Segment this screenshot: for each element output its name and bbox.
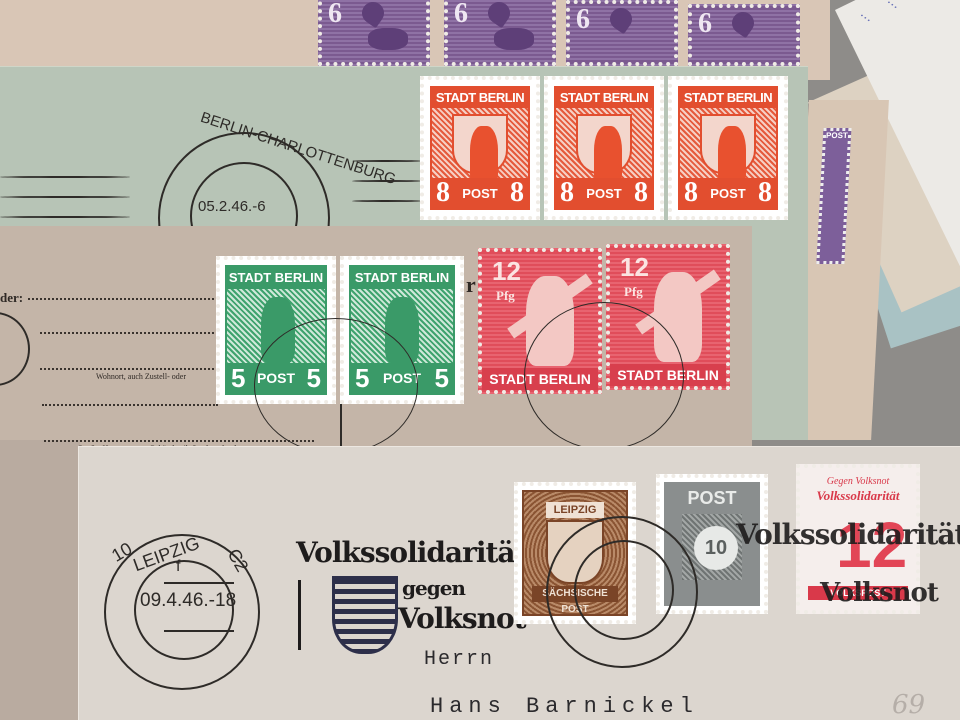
berlin-postmark [524,302,684,450]
address-name: Hans Barnickel [430,694,699,719]
slogan-line-3: Volksnot [398,602,526,635]
stamp-line-1: Gegen Volksnot [800,476,916,487]
stamp-value: 10 [694,526,738,570]
cancel-wave [352,200,422,202]
stamp-value: 5 [231,363,245,394]
stadt-berlin-8-stamp: STADT BERLIN8POST8 [668,76,788,220]
postmark-bar [164,630,234,632]
stamp-header: STADT BERLIN [680,88,776,108]
form-line [28,298,218,300]
slogan-repeat-line-3: Volksnot [820,578,938,608]
postmark-date: 05.2.46.-6 [198,198,266,215]
stamp-header: STADT BERLIN [351,267,453,289]
stamp-header: STADT BERLIN [432,88,528,108]
stamp-value: 12 [492,256,521,287]
purple-side-stamp: POST [816,128,851,264]
stamp-unit: Pfg [496,288,515,304]
stamp-label: POST [586,186,621,201]
shovel-icon [358,0,389,28]
shovel-icon [606,4,637,35]
stamp-value: 12 [620,252,649,283]
stamp-value: 6 [454,0,468,30]
address-salutation: Herrn [424,648,494,671]
purple-6pfg-stamp: 6 [566,0,678,66]
stamp-value: 8 [436,177,450,209]
stamp-value: 8 [510,177,524,209]
handwriting-line: ... [884,0,903,12]
bear-icon [368,28,408,50]
stamp-value: 6 [328,0,342,30]
stamp-value: 8 [758,177,772,209]
purple-6pfg-stamp: 6 [318,0,430,66]
cancel-wave [0,216,130,218]
saxony-coat-of-arms-icon [332,576,398,654]
form-caption: Wohnort, auch Zustell- oder [96,372,186,381]
slogan-line-1: Volkssolidarität [296,536,526,569]
stamp-value: 8 [560,177,574,209]
form-line [40,368,218,370]
bear-icon [470,126,498,186]
stadt-berlin-8-stamp: STADT BERLIN8POST8 [420,76,540,220]
stamp-header: STADT BERLIN [556,88,652,108]
postmark-date: 09.4.46.-18 [140,590,236,612]
purple-6pfg-stamp: 6 [444,0,556,66]
stamp-value: 6 [698,8,712,40]
stamp-line-2: Volkssolidarität [800,488,916,504]
stamp-value: 8 [684,177,698,209]
stadt-berlin-8-stamp: STADT BERLIN8POST8 [544,76,664,220]
form-line [42,404,218,406]
pencil-note: 69 [892,690,925,720]
postmark-bar [164,582,234,584]
stamp-label: POST [710,186,745,201]
slogan-repeat-line-1: Volkssolidarität [736,518,960,551]
stamp-label: POST [462,186,497,201]
postmark-inner-ring [574,540,674,640]
purple-6pfg-stamp: 6 [688,4,800,66]
slogan-banner-edge [298,580,307,650]
stamp-header: POST [664,488,760,509]
tan-postcard-lower [0,440,80,720]
form-line [40,332,218,334]
form-letter: r [466,272,476,298]
shovel-icon [484,0,515,28]
stamp-header: LEIPZIG [546,502,604,518]
bear-icon [594,126,622,186]
bear-icon [494,28,534,50]
form-label: der: [0,290,23,306]
bear-icon [718,126,746,186]
cancel-wave [0,196,130,198]
stamp-value: 6 [576,4,590,36]
slogan-line-2: gegen [402,576,465,600]
cancel-wave [0,176,130,178]
handwriting-line: ... [858,6,877,25]
postmark-letter: f [176,558,180,576]
stamp-value: 5 [435,363,449,394]
shovel-icon [728,8,759,39]
stamp-value: 8 [634,177,648,209]
berlin-postmark [254,318,418,454]
stamp-header: STADT BERLIN [227,267,325,289]
form-line [44,440,314,442]
stamp-unit: Pfg [624,284,643,300]
